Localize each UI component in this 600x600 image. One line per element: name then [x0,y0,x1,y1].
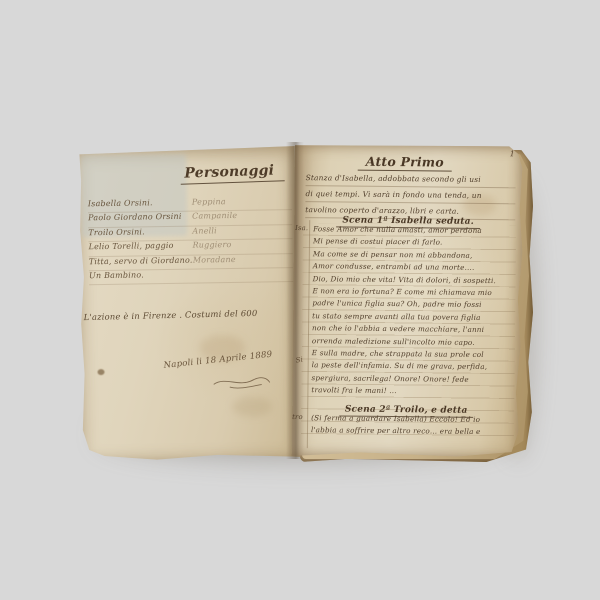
right-page: 1 Atto Primo Stanza d'Isabella, addobbat… [292,144,524,458]
page-title: Personaggi [180,162,284,184]
character-row: Un Bambino. [89,268,293,286]
speaker-label: tro [292,413,303,421]
right-page-header: Atto Primo [345,151,465,172]
role-name: Un Bambino. [89,270,193,281]
role-name: Titta, servo di Giordano. [89,255,193,266]
character-list: Isabella Orsini. Peppina Paolo Giordano … [88,196,293,286]
margin-note: Si [295,356,304,365]
role-name: Isabella Orsini. [88,198,192,209]
scene-2-verse: (Si ferma a guardare Isabella) Eccolo! E… [311,412,516,439]
left-page-header: Personaggi [164,160,300,184]
paper-stain [232,396,272,417]
verse-line: l'abbia a soffrire per altro reco... era… [311,425,516,440]
performer-name: Ruggiero [192,240,231,250]
role-name: Troilo Orsini. [88,226,192,237]
act-title: Atto Primo [358,154,452,172]
dateline: Napoli li 18 Aprile 1889 [163,350,273,371]
role-name: Paolo Giordano Orsini [88,212,192,223]
speaker-label: Isa. [295,224,308,232]
setting-note: L'azione è in Firenze . Costumi del 600 [84,308,258,322]
scene-1-verse: Fosse Amor che nulla amasti, amor perdon… [311,223,518,399]
performer-name: Anelli [192,226,217,235]
margin-rule [307,220,310,448]
performer-name: Moradane [193,255,236,265]
performer-name: Peppina [192,197,226,207]
photo-of-manuscript: Personaggi Isabella Orsini. Peppina Paol… [0,0,600,600]
page-number: 1 [510,149,515,158]
pen-flourish [210,372,274,391]
left-page: Personaggi Isabella Orsini. Peppina Paol… [78,146,301,461]
role-name: Lelio Torelli, paggio [88,241,192,252]
performer-name: Campanile [192,211,237,221]
ink-stain [97,369,104,375]
